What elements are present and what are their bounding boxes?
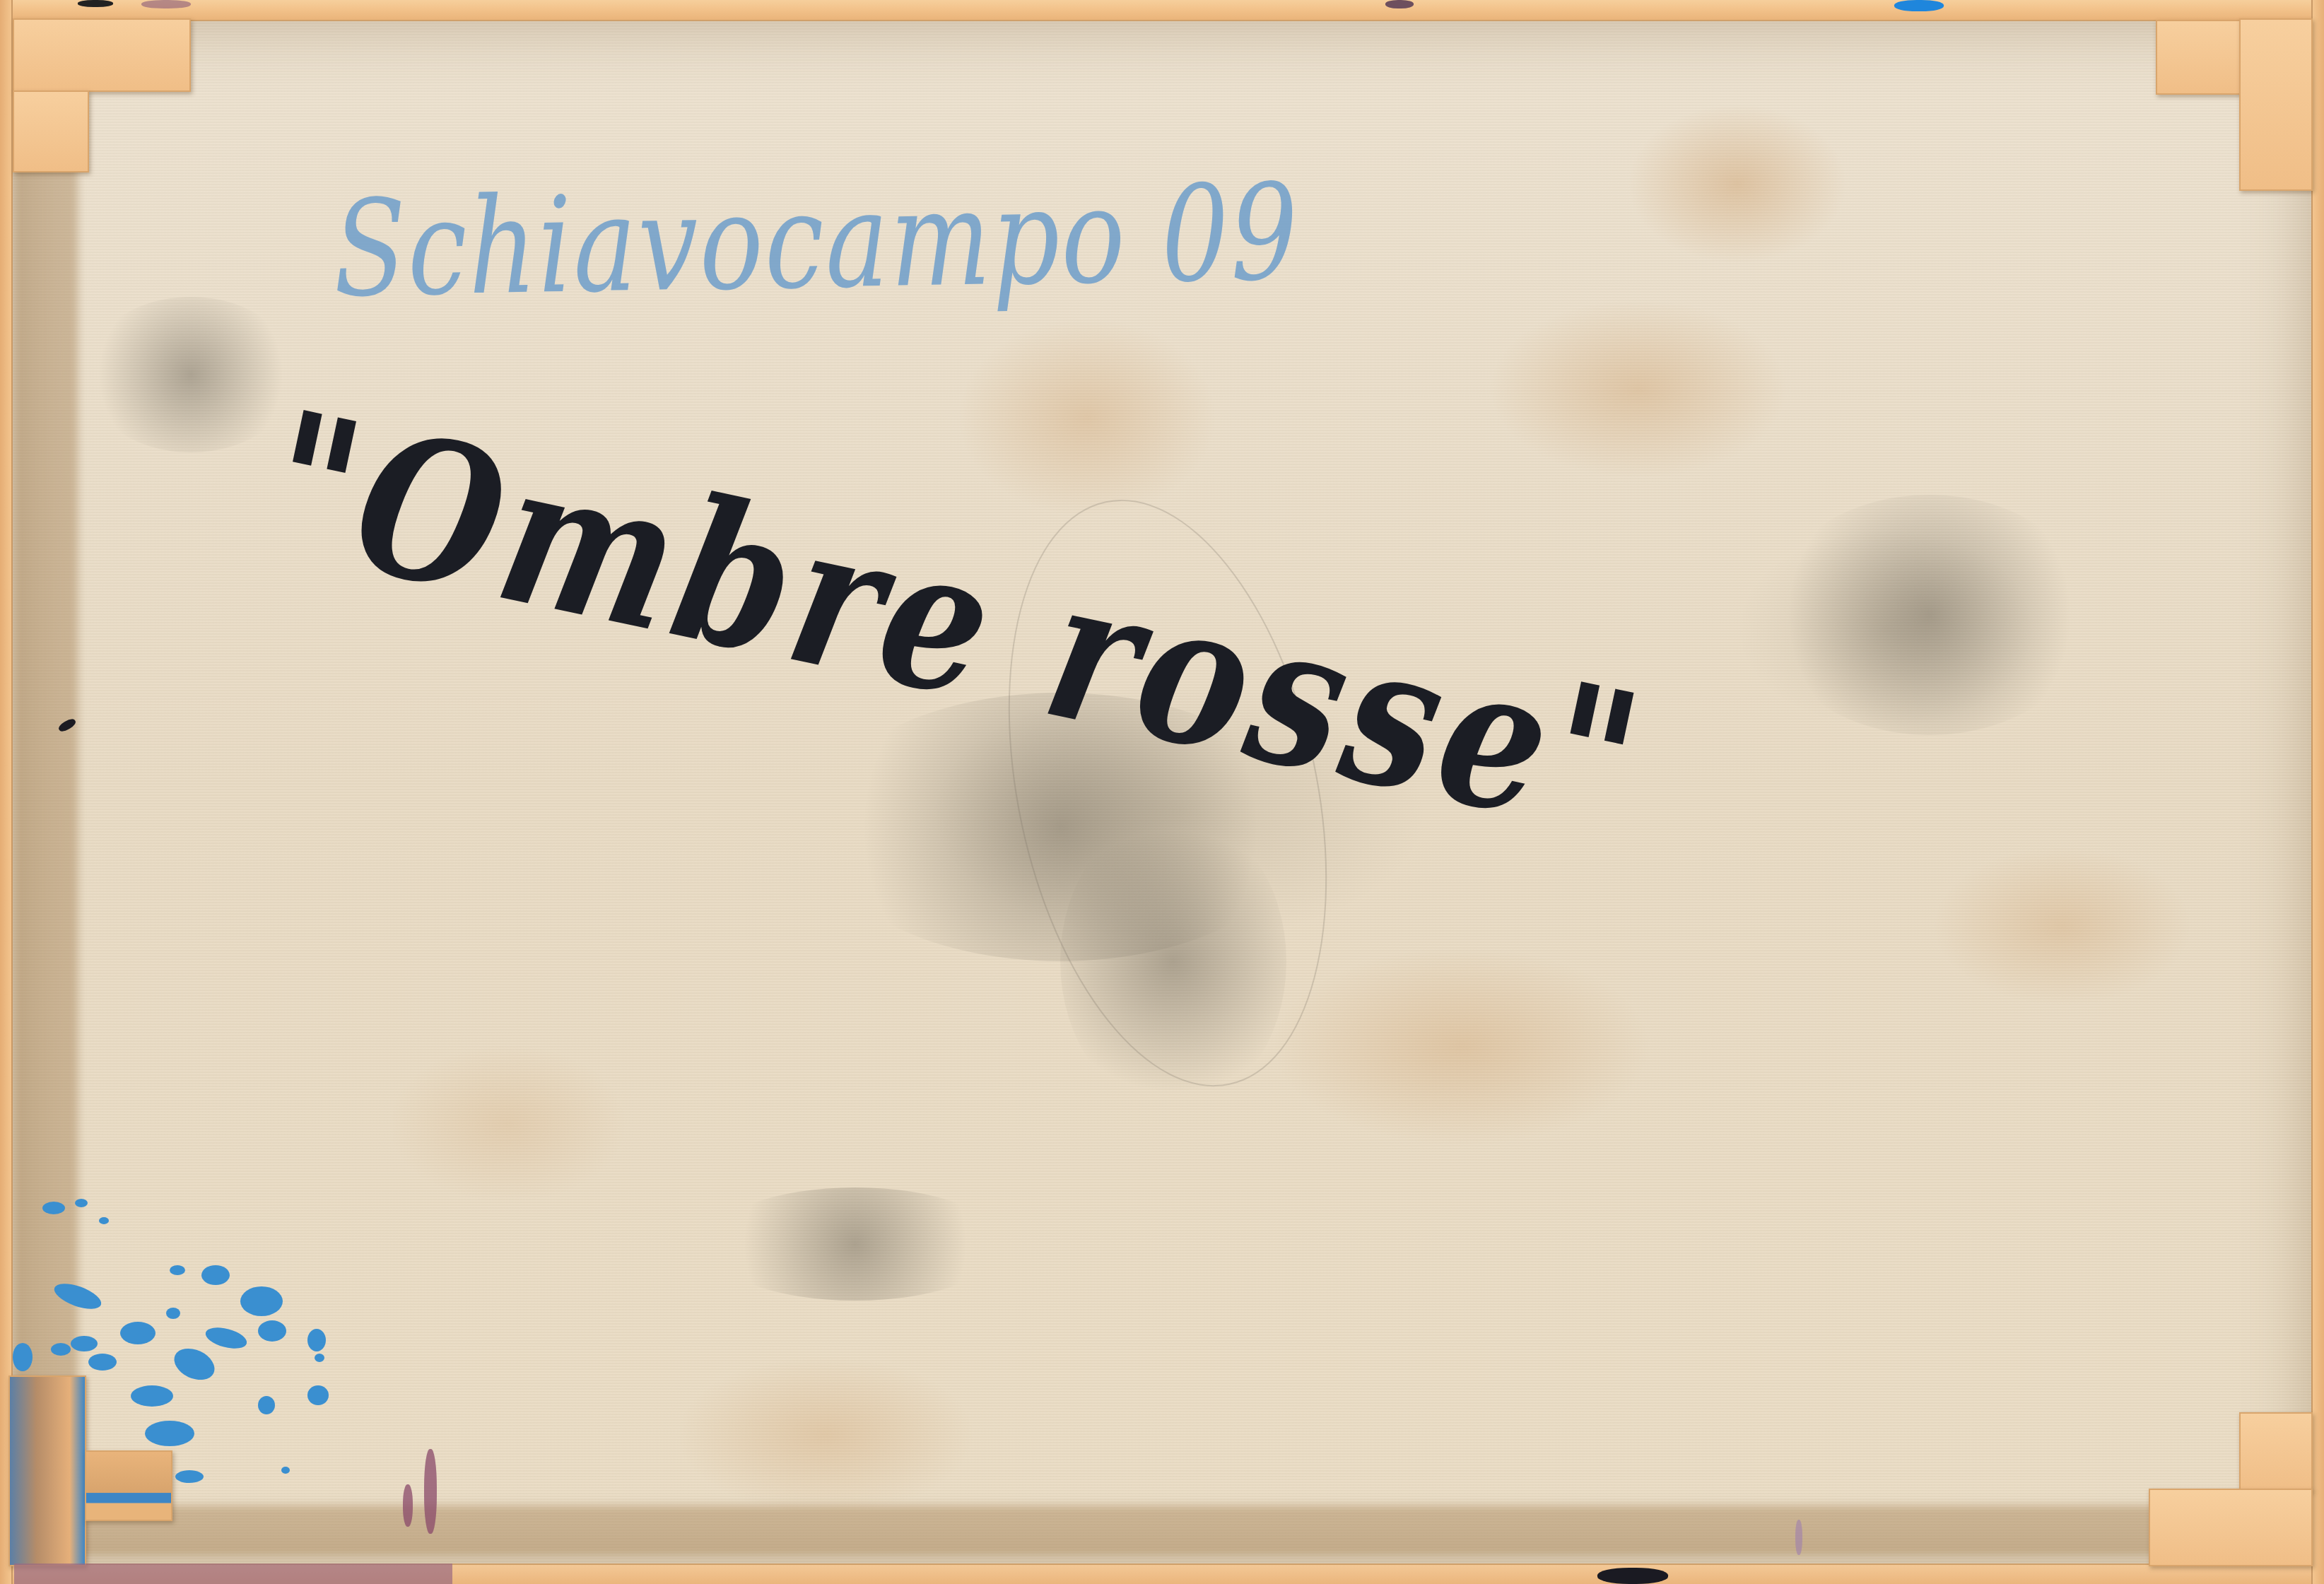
paint-mark-blue — [1894, 0, 1944, 11]
blue-paint-splatter — [120, 1322, 155, 1344]
paint-drip-purple — [424, 1449, 437, 1534]
blue-paint-splatter — [99, 1217, 109, 1224]
blue-paint-splatter — [240, 1286, 283, 1316]
blue-paint-splatter — [201, 1265, 230, 1285]
paint-smear-purple — [14, 1564, 452, 1584]
blue-paint-splatter — [145, 1421, 194, 1446]
mold-stain — [1767, 495, 2092, 735]
blue-paint-splatter — [307, 1385, 329, 1405]
corner-key-bottom-right-horizontal — [2149, 1489, 2313, 1566]
blue-paint-splatter — [166, 1308, 180, 1319]
blue-paint-splatter — [258, 1320, 286, 1342]
paint-drip-purple — [403, 1484, 413, 1527]
blue-paint-splatter — [307, 1329, 326, 1351]
paint-mark — [1597, 1568, 1668, 1584]
blue-paint-splatter — [13, 1343, 33, 1371]
paint-mark — [141, 0, 191, 8]
stretcher-bar-right — [2311, 0, 2324, 1584]
corner-key-bottom-left-horizontal — [85, 1450, 172, 1521]
paint-mark — [1385, 0, 1414, 8]
blue-paint-splatter — [88, 1354, 117, 1371]
artist-signature: Schiavocampo 09 — [332, 156, 1301, 327]
blue-paint-splatter — [42, 1202, 65, 1214]
blue-paint-splatter — [71, 1336, 98, 1351]
left-edge-shadow — [14, 21, 78, 1562]
blue-paint-splatter — [258, 1396, 275, 1414]
corner-key-bottom-left-vertical — [8, 1375, 86, 1566]
mold-stain — [707, 1187, 1004, 1301]
corner-key-top-right-horizontal — [2156, 20, 2241, 95]
blue-paint-splatter — [131, 1385, 173, 1407]
blue-paint-splatter — [281, 1467, 290, 1474]
bottom-edge-shadow — [14, 1506, 2311, 1555]
corner-key-bottom-right-vertical — [2239, 1412, 2313, 1491]
blue-paint-splatter — [175, 1470, 204, 1483]
paint-mark — [78, 0, 113, 7]
blue-paint-splatter — [75, 1199, 88, 1207]
stretcher-bar-top — [0, 0, 2324, 21]
corner-key-top-left-horizontal — [13, 18, 191, 92]
blue-paint-splatter — [51, 1343, 71, 1356]
corner-key-top-left-vertical — [13, 90, 89, 172]
blue-paint-splatter — [170, 1265, 185, 1275]
mold-stain — [85, 297, 297, 452]
blue-paint-splatter — [315, 1354, 324, 1362]
canvas-back-photo: Schiavocampo 09 "Ombre rosse" — [0, 0, 2324, 1584]
paint-drip-purple — [1795, 1520, 1802, 1555]
corner-key-top-right-vertical — [2239, 18, 2313, 191]
stretcher-bar-left — [0, 0, 13, 1584]
